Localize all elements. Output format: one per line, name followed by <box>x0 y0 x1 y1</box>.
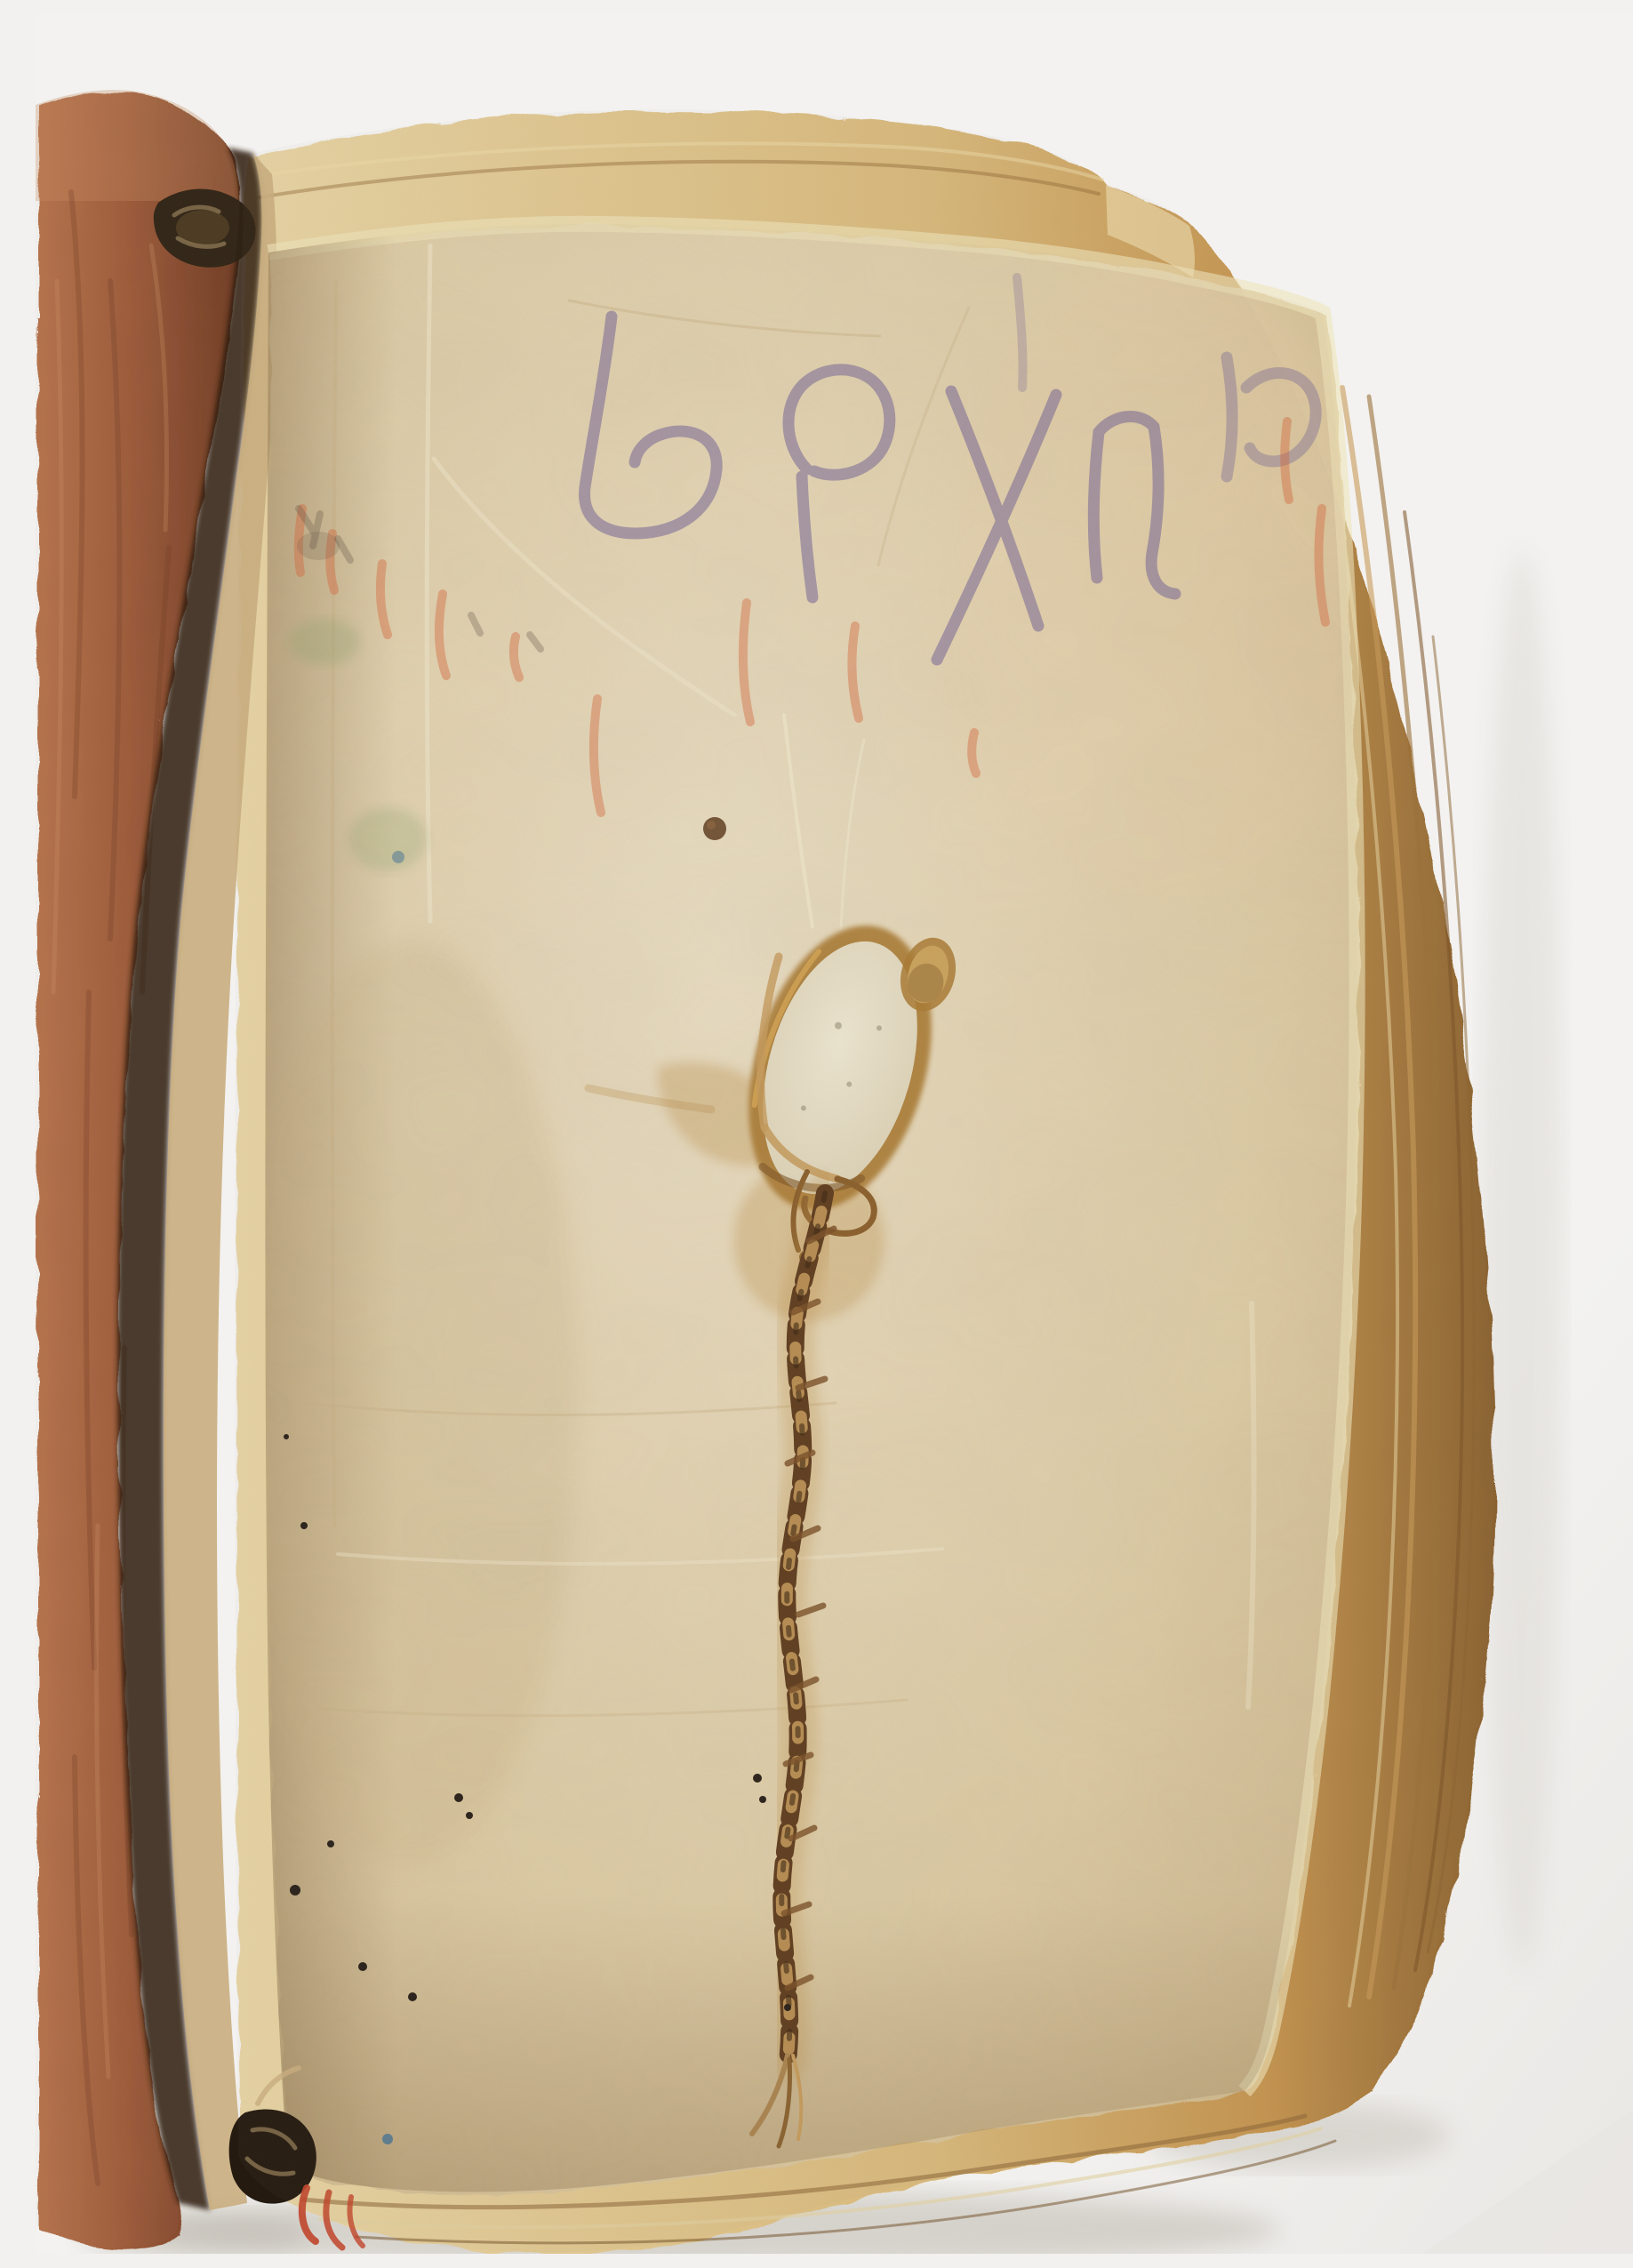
manuscript-photograph: Colour photograph of an antique leather-… <box>36 14 1633 2254</box>
right-shadow <box>1481 548 1563 1970</box>
photo-canvas <box>36 14 1633 2254</box>
